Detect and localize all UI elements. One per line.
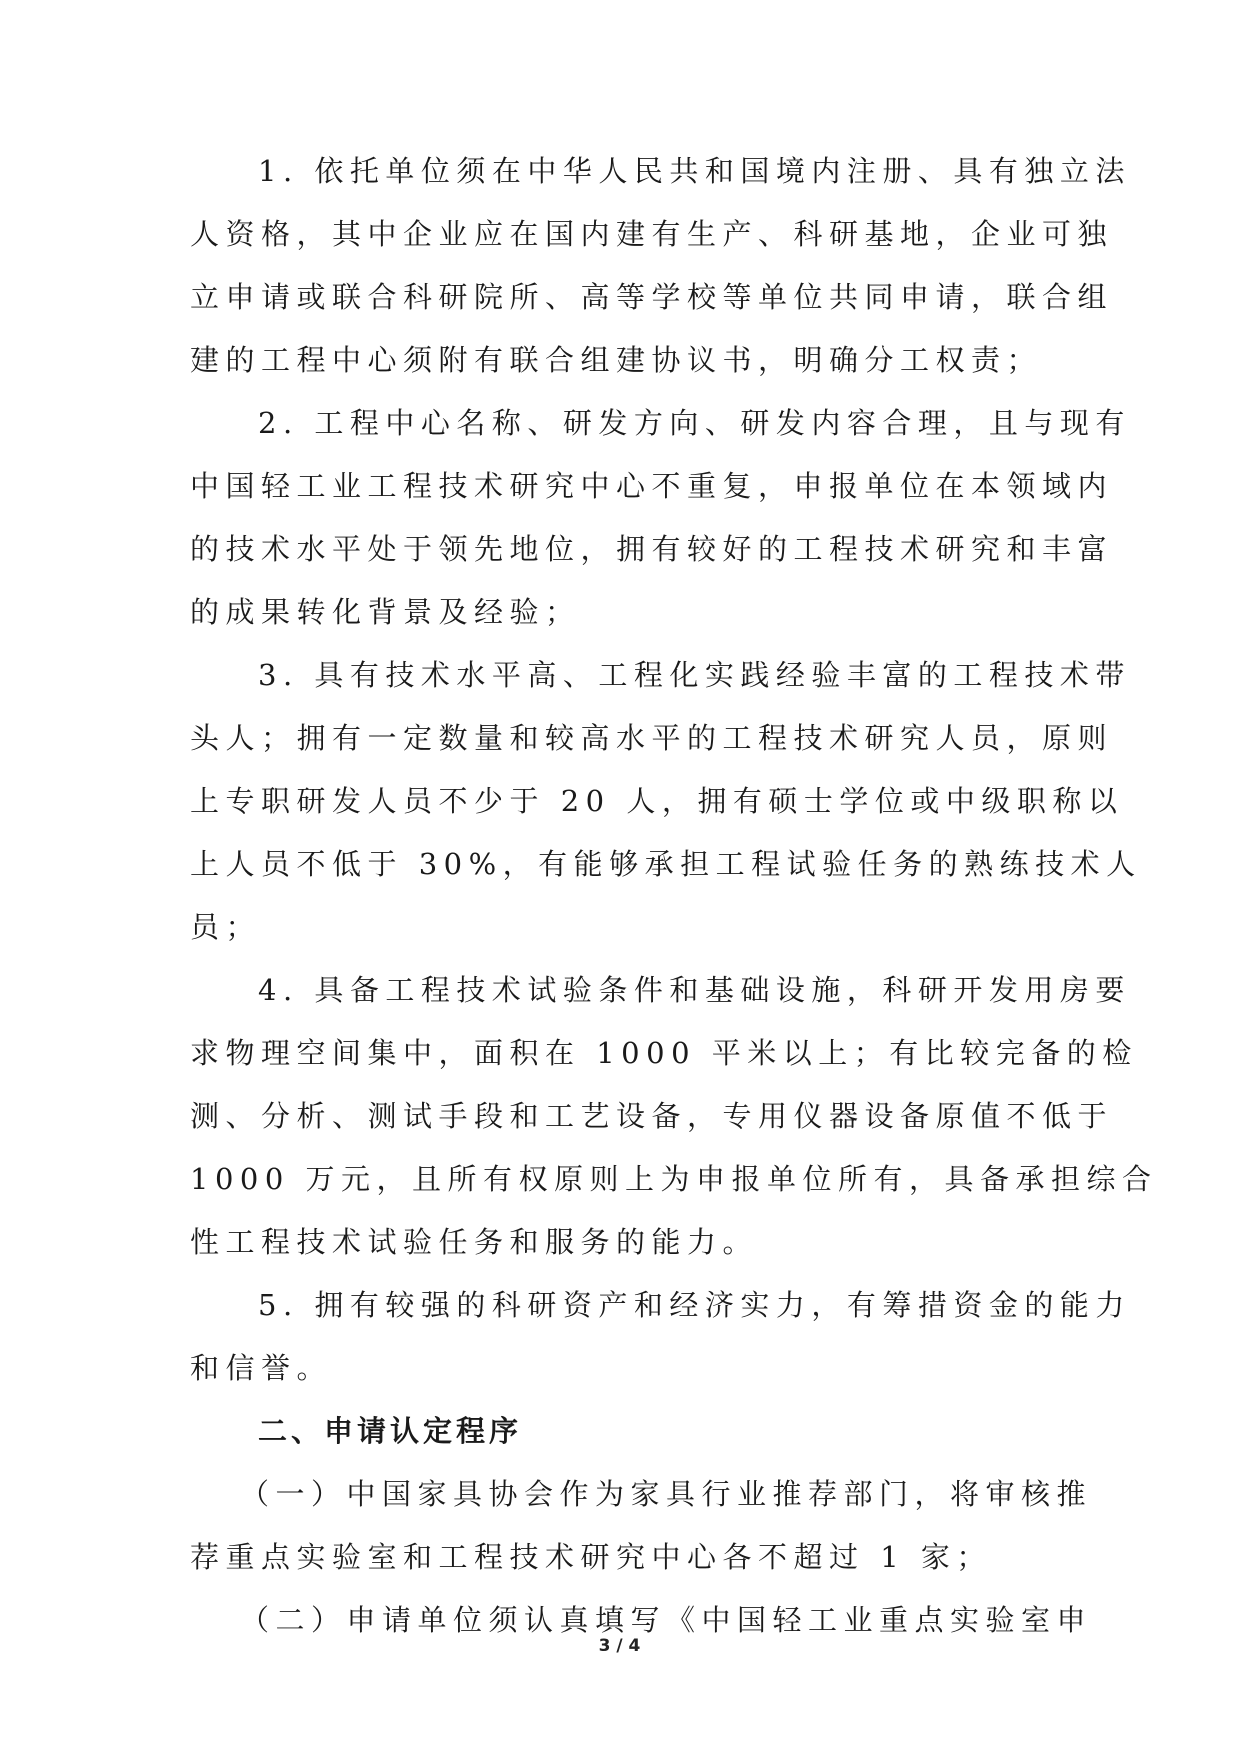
paragraph-line: 头人；拥有一定数量和较高水平的工程技术研究人员，原则 <box>190 718 1050 758</box>
paragraph-line: 1. 依托单位须在中华人民共和国境内注册、具有独立法 <box>258 151 1048 191</box>
paragraph-line: 2. 工程中心名称、研发方向、研发内容合理，且与现有 <box>258 403 1048 443</box>
paragraph-line: 荐重点实验室和工程技术研究中心各不超过 1 家； <box>190 1537 1050 1577</box>
paragraph-line: 的成果转化背景及经验； <box>190 592 1050 632</box>
paragraph-line: 1000 万元，且所有权原则上为申报单位所有，具备承担综合 <box>190 1159 1050 1199</box>
paragraph-line: 求物理空间集中，面积在 1000 平米以上；有比较完备的检 <box>190 1033 1050 1073</box>
paragraph-line: 的技术水平处于领先地位，拥有较好的工程技术研究和丰富 <box>190 529 1050 569</box>
paragraph-line: （一）中国家具协会作为家具行业推荐部门，将审核推 <box>240 1474 1030 1514</box>
paragraph-line: 人资格，其中企业应在国内建有生产、科研基地，企业可独 <box>190 214 1050 254</box>
paragraph-line: 和信誉。 <box>190 1348 1050 1388</box>
paragraph-line: 中国轻工业工程技术研究中心不重复，申报单位在本领域内 <box>190 466 1050 506</box>
paragraph-line: 测、分析、测试手段和工艺设备，专用仪器设备原值不低于 <box>190 1096 1050 1136</box>
paragraph-line: （二）申请单位须认真填写《中国轻工业重点实验室申 <box>240 1600 1030 1640</box>
paragraph-line: 4. 具备工程技术试验条件和基础设施，科研开发用房要 <box>258 970 1048 1010</box>
paragraph-line: 3. 具有技术水平高、工程化实践经验丰富的工程技术带 <box>258 655 1048 695</box>
paragraph-line: 建的工程中心须附有联合组建协议书，明确分工权责； <box>190 340 1050 380</box>
section-heading: 二、申请认定程序 <box>258 1411 1048 1451</box>
paragraph-line: 上人员不低于 30%，有能够承担工程试验任务的熟练技术人 <box>190 844 1050 884</box>
page-number: 3 / 4 <box>0 1636 1239 1656</box>
paragraph-line: 立申请或联合科研院所、高等学校等单位共同申请，联合组 <box>190 277 1050 317</box>
paragraph-line: 性工程技术试验任务和服务的能力。 <box>190 1222 1050 1262</box>
paragraph-line: 5. 拥有较强的科研资产和经济实力，有筹措资金的能力 <box>258 1285 1048 1325</box>
document-page: 1. 依托单位须在中华人民共和国境内注册、具有独立法 人资格，其中企业应在国内建… <box>0 0 1239 1752</box>
paragraph-line: 员； <box>190 907 1050 947</box>
paragraph-line: 上专职研发人员不少于 20 人，拥有硕士学位或中级职称以 <box>190 781 1050 821</box>
